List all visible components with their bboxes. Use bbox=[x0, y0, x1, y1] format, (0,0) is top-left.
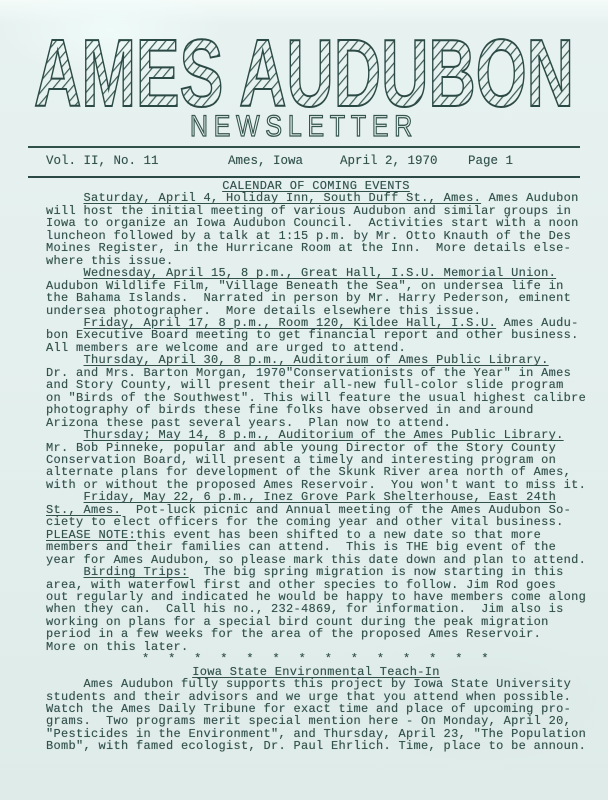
newsletter-page: AMES AUDUBON NEWSLETTER Vol. II, No. 11 … bbox=[0, 0, 608, 800]
masthead-subtitle-art: NEWSLETTER bbox=[0, 108, 608, 146]
text-line: Bomb", with famed ecologist, Dr. Paul Eh… bbox=[46, 740, 586, 752]
paragraph: Birding Trips: The big spring migration … bbox=[46, 566, 586, 653]
newsletter-title: AMES AUDUBON bbox=[34, 30, 574, 120]
paragraph: Friday, May 22, 6 p.m., Inez Grove Park … bbox=[46, 491, 586, 566]
paragraph: Ames Audubon fully supports this project… bbox=[46, 678, 586, 753]
masthead-info-row: Vol. II, No. 11 Ames, Iowa April 2, 1970… bbox=[28, 146, 580, 178]
text-segment: Bomb", with famed ecologist, Dr. Paul Eh… bbox=[46, 739, 586, 753]
issue-date-label: April 2, 1970 bbox=[340, 154, 438, 168]
paragraph: Wednesday, April 15, 8 p.m., Great Hall,… bbox=[46, 267, 586, 317]
newsletter-subtitle: NEWSLETTER bbox=[190, 110, 418, 143]
masthead-title-art: AMES AUDUBON bbox=[28, 30, 580, 120]
paragraph: Friday, April 17, 8 p.m., Room 120, Kild… bbox=[46, 317, 586, 354]
paragraph: Thursday, April 30, 8 p.m., Auditorium o… bbox=[46, 354, 586, 429]
paragraph: Saturday, April 4, Holiday Inn, South Du… bbox=[46, 192, 586, 267]
location-label: Ames, Iowa bbox=[228, 154, 303, 168]
page-number-label: Page 1 bbox=[468, 154, 513, 168]
paragraph: Thursday; May 14, 8 p.m., Auditorium of … bbox=[46, 429, 586, 491]
volume-label: Vol. II, No. 11 bbox=[46, 154, 159, 168]
document-body: CALENDAR OF COMING EVENTS Saturday, Apri… bbox=[46, 180, 586, 753]
